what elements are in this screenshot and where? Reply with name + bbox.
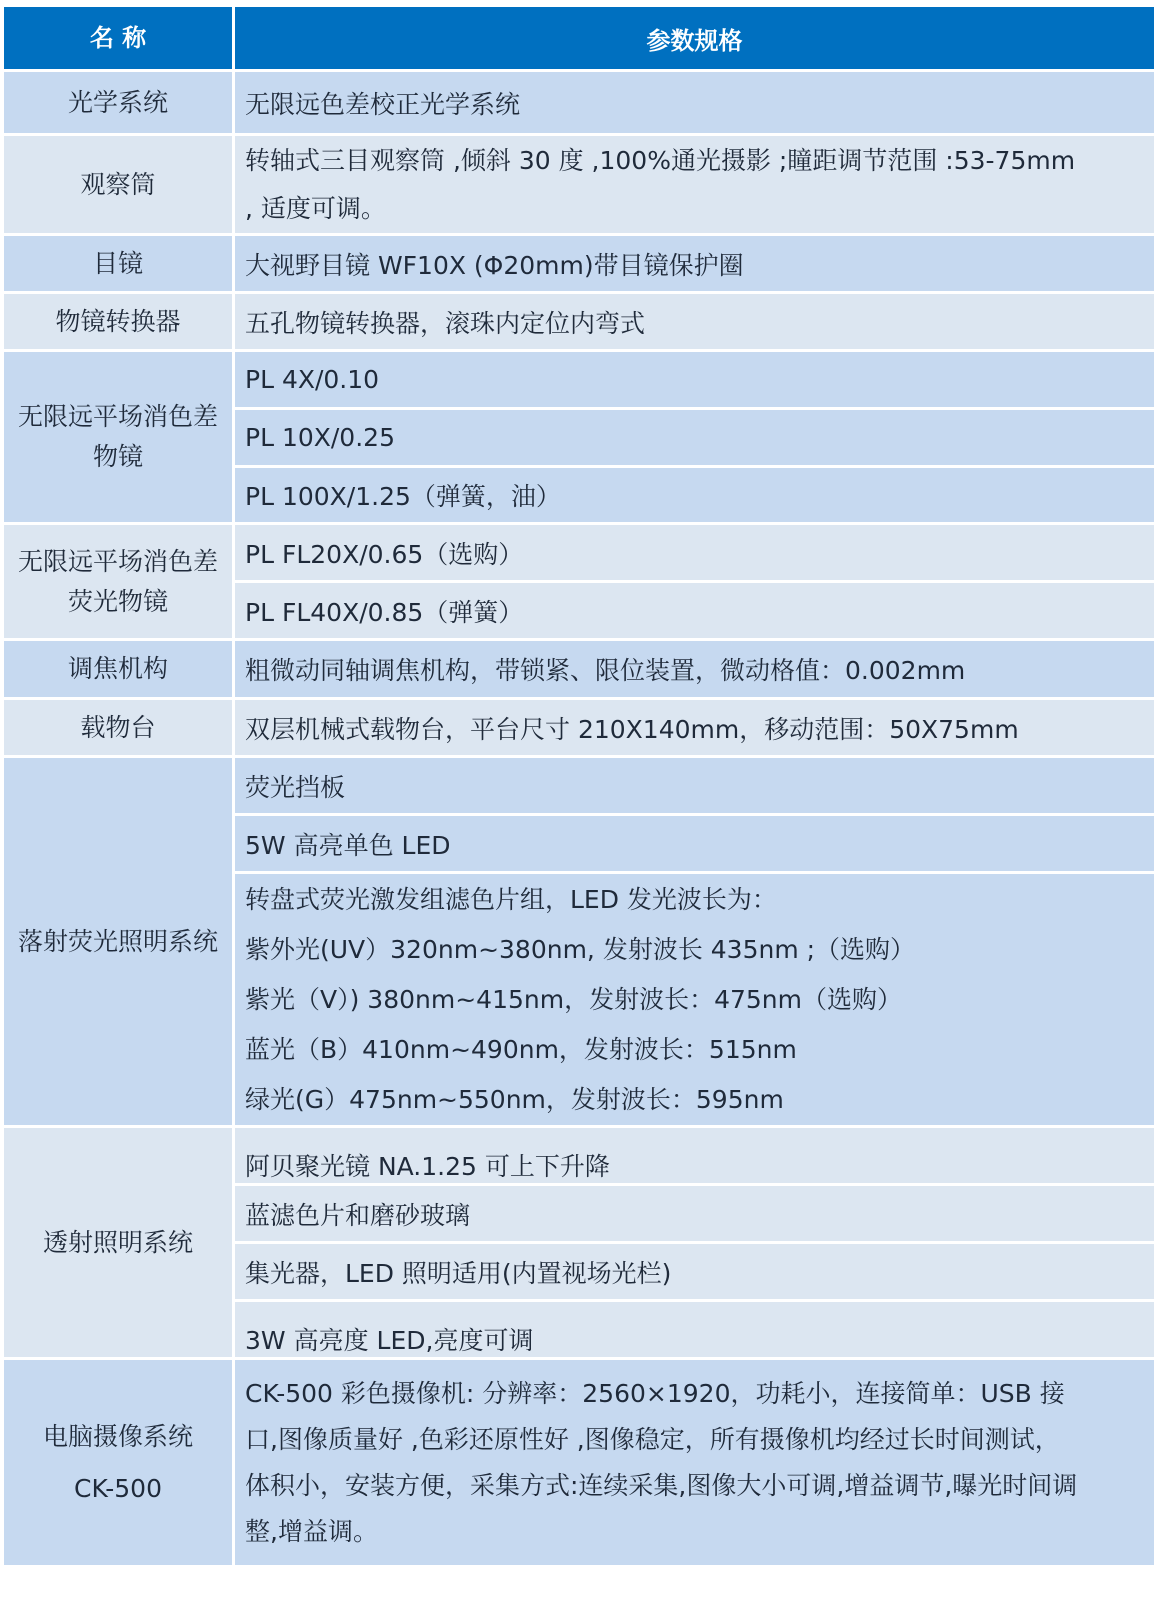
table-row: 透射照明系统 阿贝聚光镜 NA.1.25 可上下升降 蓝滤色片和磨砂玻璃 集光器… (4, 1128, 1154, 1357)
header-name: 名 称 (4, 7, 232, 69)
row-spec: 粗微动同轴调焦机构，带锁紧、限位装置，微动格值：0.002mm (235, 641, 1154, 697)
row-spec: 转轴式三目观察筒 ,倾斜 30 度 ,100%通光摄影 ;瞳距调节范围 :53-… (235, 136, 1154, 233)
table-row: 电脑摄像系统 CK-500 CK-500 彩色摄像机: 分辨率：2560×192… (4, 1360, 1154, 1565)
table-row: 物镜转换器 五孔物镜转换器，滚珠内定位内弯式 (4, 294, 1154, 349)
spec-line: 无限远色差校正光学系统 (235, 72, 1154, 133)
spec-line: 3W 高亮度 LED,亮度可调 (235, 1302, 1154, 1357)
table-row: 落射荧光照明系统 荧光挡板 5W 高亮单色 LED 转盘式荧光激发组滤色片组，L… (4, 758, 1154, 1125)
table-row: 无限远平场消色差 荧光物镜 PL FL20X/0.65（选购） PL FL40X… (4, 525, 1154, 638)
row-name: 观察筒 (4, 136, 232, 233)
row-name: 光学系统 (4, 72, 232, 133)
spec-line: PL FL20X/0.65（选购） (235, 525, 1154, 580)
spec-line: PL 100X/1.25（弹簧，油） (235, 468, 1154, 522)
row-name: 目镜 (4, 236, 232, 291)
row-name: 无限远平场消色差 荧光物镜 (4, 525, 232, 638)
spec-line: 双层机械式载物台，平台尺寸 210X140mm，移动范围：50X75mm (235, 700, 1154, 755)
spec-line: 5W 高亮单色 LED (235, 816, 1154, 871)
table-row: 光学系统 无限远色差校正光学系统 (4, 72, 1154, 133)
spec-line: 粗微动同轴调焦机构，带锁紧、限位装置，微动格值：0.002mm (235, 641, 1154, 697)
table-row: 调焦机构 粗微动同轴调焦机构，带锁紧、限位装置，微动格值：0.002mm (4, 641, 1154, 697)
spec-table: 名 称 参数规格 光学系统 无限远色差校正光学系统 观察筒 转轴式三目观察筒 ,… (4, 7, 1154, 1565)
row-name: 调焦机构 (4, 641, 232, 697)
spec-line: 转轴式三目观察筒 ,倾斜 30 度 ,100%通光摄影 ;瞳距调节范围 :53-… (235, 136, 1154, 233)
row-spec: 阿贝聚光镜 NA.1.25 可上下升降 蓝滤色片和磨砂玻璃 集光器，LED 照明… (235, 1128, 1154, 1357)
table-row: 目镜 大视野目镜 WF10X (Φ20mm)带目镜保护圈 (4, 236, 1154, 291)
table-header: 名 称 参数规格 (4, 7, 1154, 69)
spec-line: 转盘式荧光激发组滤色片组，LED 发光波长为： 紫外光(UV）320nm~380… (235, 874, 1154, 1125)
spec-line: PL 4X/0.10 (235, 352, 1154, 407)
row-name: 落射荧光照明系统 (4, 758, 232, 1125)
row-name: 透射照明系统 (4, 1128, 232, 1357)
table-row: 载物台 双层机械式载物台，平台尺寸 210X140mm，移动范围：50X75mm (4, 700, 1154, 755)
spec-line: CK-500 彩色摄像机: 分辨率：2560×1920，功耗小，连接简单：USB… (235, 1360, 1154, 1565)
table-row: 无限远平场消色差 物镜 PL 4X/0.10 PL 10X/0.25 PL 10… (4, 352, 1154, 522)
spec-line: 大视野目镜 WF10X (Φ20mm)带目镜保护圈 (235, 236, 1154, 291)
spec-line: 五孔物镜转换器，滚珠内定位内弯式 (235, 294, 1154, 349)
row-spec: 无限远色差校正光学系统 (235, 72, 1154, 133)
table-row: 观察筒 转轴式三目观察筒 ,倾斜 30 度 ,100%通光摄影 ;瞳距调节范围 … (4, 136, 1154, 233)
row-name: 无限远平场消色差 物镜 (4, 352, 232, 522)
spec-line: 阿贝聚光镜 NA.1.25 可上下升降 (235, 1128, 1154, 1183)
row-name: 电脑摄像系统 CK-500 (4, 1360, 232, 1565)
spec-line: PL FL40X/0.85（弹簧） (235, 583, 1154, 638)
row-spec: 双层机械式载物台，平台尺寸 210X140mm，移动范围：50X75mm (235, 700, 1154, 755)
row-spec: 五孔物镜转换器，滚珠内定位内弯式 (235, 294, 1154, 349)
row-spec: PL 4X/0.10 PL 10X/0.25 PL 100X/1.25（弹簧，油… (235, 352, 1154, 522)
row-spec: 荧光挡板 5W 高亮单色 LED 转盘式荧光激发组滤色片组，LED 发光波长为：… (235, 758, 1154, 1125)
row-name: 物镜转换器 (4, 294, 232, 349)
header-spec: 参数规格 (235, 7, 1154, 69)
spec-line: PL 10X/0.25 (235, 410, 1154, 465)
spec-line: 集光器，LED 照明适用(内置视场光栏) (235, 1244, 1154, 1299)
row-name: 载物台 (4, 700, 232, 755)
spec-line: 蓝滤色片和磨砂玻璃 (235, 1186, 1154, 1241)
row-spec: 大视野目镜 WF10X (Φ20mm)带目镜保护圈 (235, 236, 1154, 291)
row-spec: CK-500 彩色摄像机: 分辨率：2560×1920，功耗小，连接简单：USB… (235, 1360, 1154, 1565)
row-spec: PL FL20X/0.65（选购） PL FL40X/0.85（弹簧） (235, 525, 1154, 638)
spec-line: 荧光挡板 (235, 758, 1154, 813)
